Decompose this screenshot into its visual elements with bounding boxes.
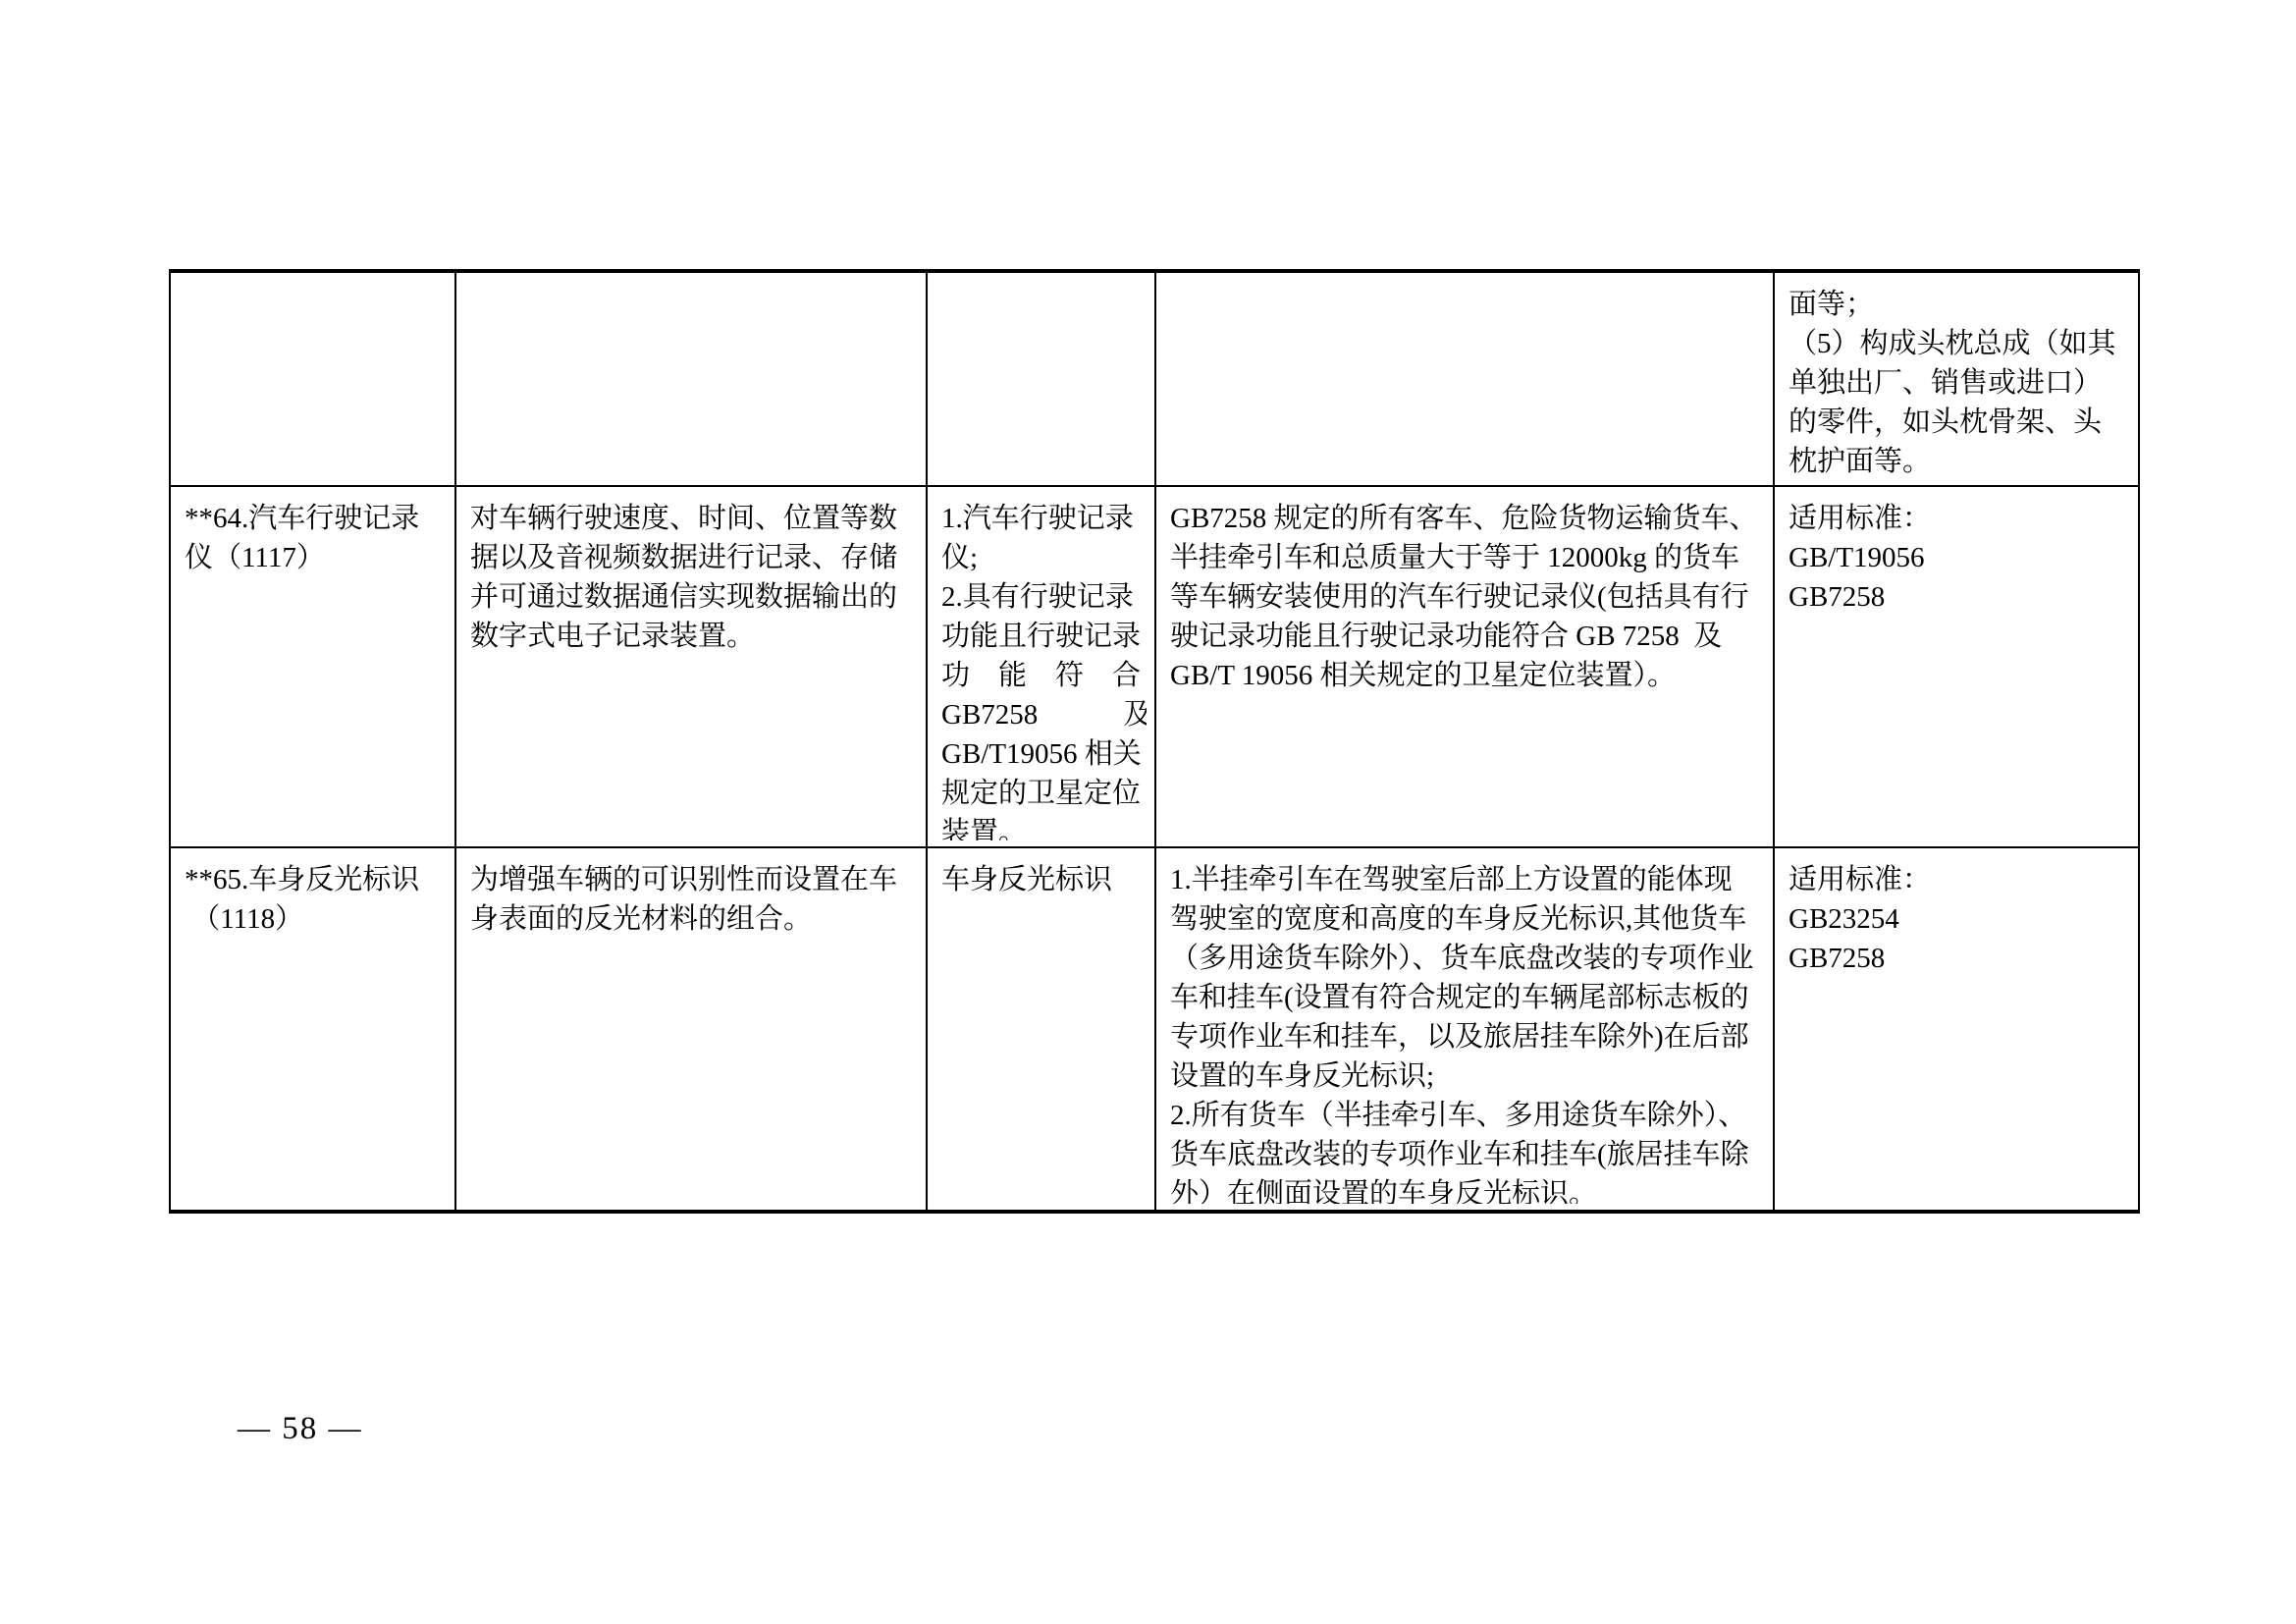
page-number: — 58 —: [238, 1409, 363, 1448]
cell-definition-65: 为增强车辆的可识别性而设置在车 身表面的反光材料的组合。: [455, 847, 927, 1212]
item-64-label: **64.汽车行驶记录 仪（1117）: [185, 499, 447, 840]
table-row-item-64: **64.汽车行驶记录 仪（1117） 对车辆行驶速度、时间、位置等数 据以及音…: [170, 486, 2139, 847]
item-65-definition: 为增强车辆的可识别性而设置在车 身表面的反光材料的组合。: [470, 860, 918, 1204]
table-row-item-65: **65.车身反光标识 （1118） 为增强车辆的可识别性而设置在车 身表面的反…: [170, 847, 2139, 1212]
cell-definition-64: 对车辆行驶速度、时间、位置等数 据以及音视频数据进行记录、存储 并可通过数据通信…: [455, 486, 927, 847]
item-65-standards: 适用标准： GB23254 GB7258: [1789, 860, 2130, 1204]
item-65-label: **65.车身反光标识 （1118）: [185, 860, 447, 1204]
regulation-table: 面等； （5）构成头枕总成（如其 单独出厂、销售或进口） 的零件，如头枕骨架、头…: [169, 269, 2140, 1214]
item-64-subitems: 1.汽车行驶记录 仪; 2.具有行驶记录 功能且行驶记录 功 能 符 合 GB7…: [941, 499, 1147, 840]
item-65-scope: 1.半挂牵引车在驾驶室后部上方设置的能体现 驾驶室的宽度和高度的车身反光标识,其…: [1170, 860, 1765, 1204]
cell-scope-65: 1.半挂牵引车在驾驶室后部上方设置的能体现 驾驶室的宽度和高度的车身反光标识,其…: [1155, 847, 1774, 1212]
item-64-standards: 适用标准： GB/T19056 GB7258: [1789, 499, 2130, 840]
cell-continuation-text: 面等； （5）构成头枕总成（如其 单独出厂、销售或进口） 的零件，如头枕骨架、头…: [1774, 271, 2139, 486]
cell-item-64: **64.汽车行驶记录 仪（1117）: [170, 486, 455, 847]
cell-standards-65: 适用标准： GB23254 GB7258: [1774, 847, 2139, 1212]
cell-empty-scope: [1155, 271, 1774, 486]
cell-subitems-65: 车身反光标识: [927, 847, 1155, 1212]
continuation-text: 面等； （5）构成头枕总成（如其 单独出厂、销售或进口） 的零件，如头枕骨架、头…: [1789, 285, 2130, 479]
cell-standards-64: 适用标准： GB/T19056 GB7258: [1774, 486, 2139, 847]
cell-item-65: **65.车身反光标识 （1118）: [170, 847, 455, 1212]
document-page: 面等； （5）构成头枕总成（如其 单独出厂、销售或进口） 的零件，如头枕骨架、头…: [0, 0, 2296, 1624]
item-64-definition: 对车辆行驶速度、时间、位置等数 据以及音视频数据进行记录、存储 并可通过数据通信…: [470, 499, 918, 840]
cell-empty-definition: [455, 271, 927, 486]
item-64-scope: GB7258 规定的所有客车、危险货物运输货车、 半挂牵引车和总质量大于等于 1…: [1170, 499, 1765, 840]
cell-empty-subitems: [927, 271, 1155, 486]
table-row-continuation: 面等； （5）构成头枕总成（如其 单独出厂、销售或进口） 的零件，如头枕骨架、头…: [170, 271, 2139, 486]
cell-scope-64: GB7258 规定的所有客车、危险货物运输货车、 半挂牵引车和总质量大于等于 1…: [1155, 486, 1774, 847]
cell-empty-item: [170, 271, 455, 486]
item-65-subitems: 车身反光标识: [941, 860, 1147, 1204]
cell-subitems-64: 1.汽车行驶记录 仪; 2.具有行驶记录 功能且行驶记录 功 能 符 合 GB7…: [927, 486, 1155, 847]
